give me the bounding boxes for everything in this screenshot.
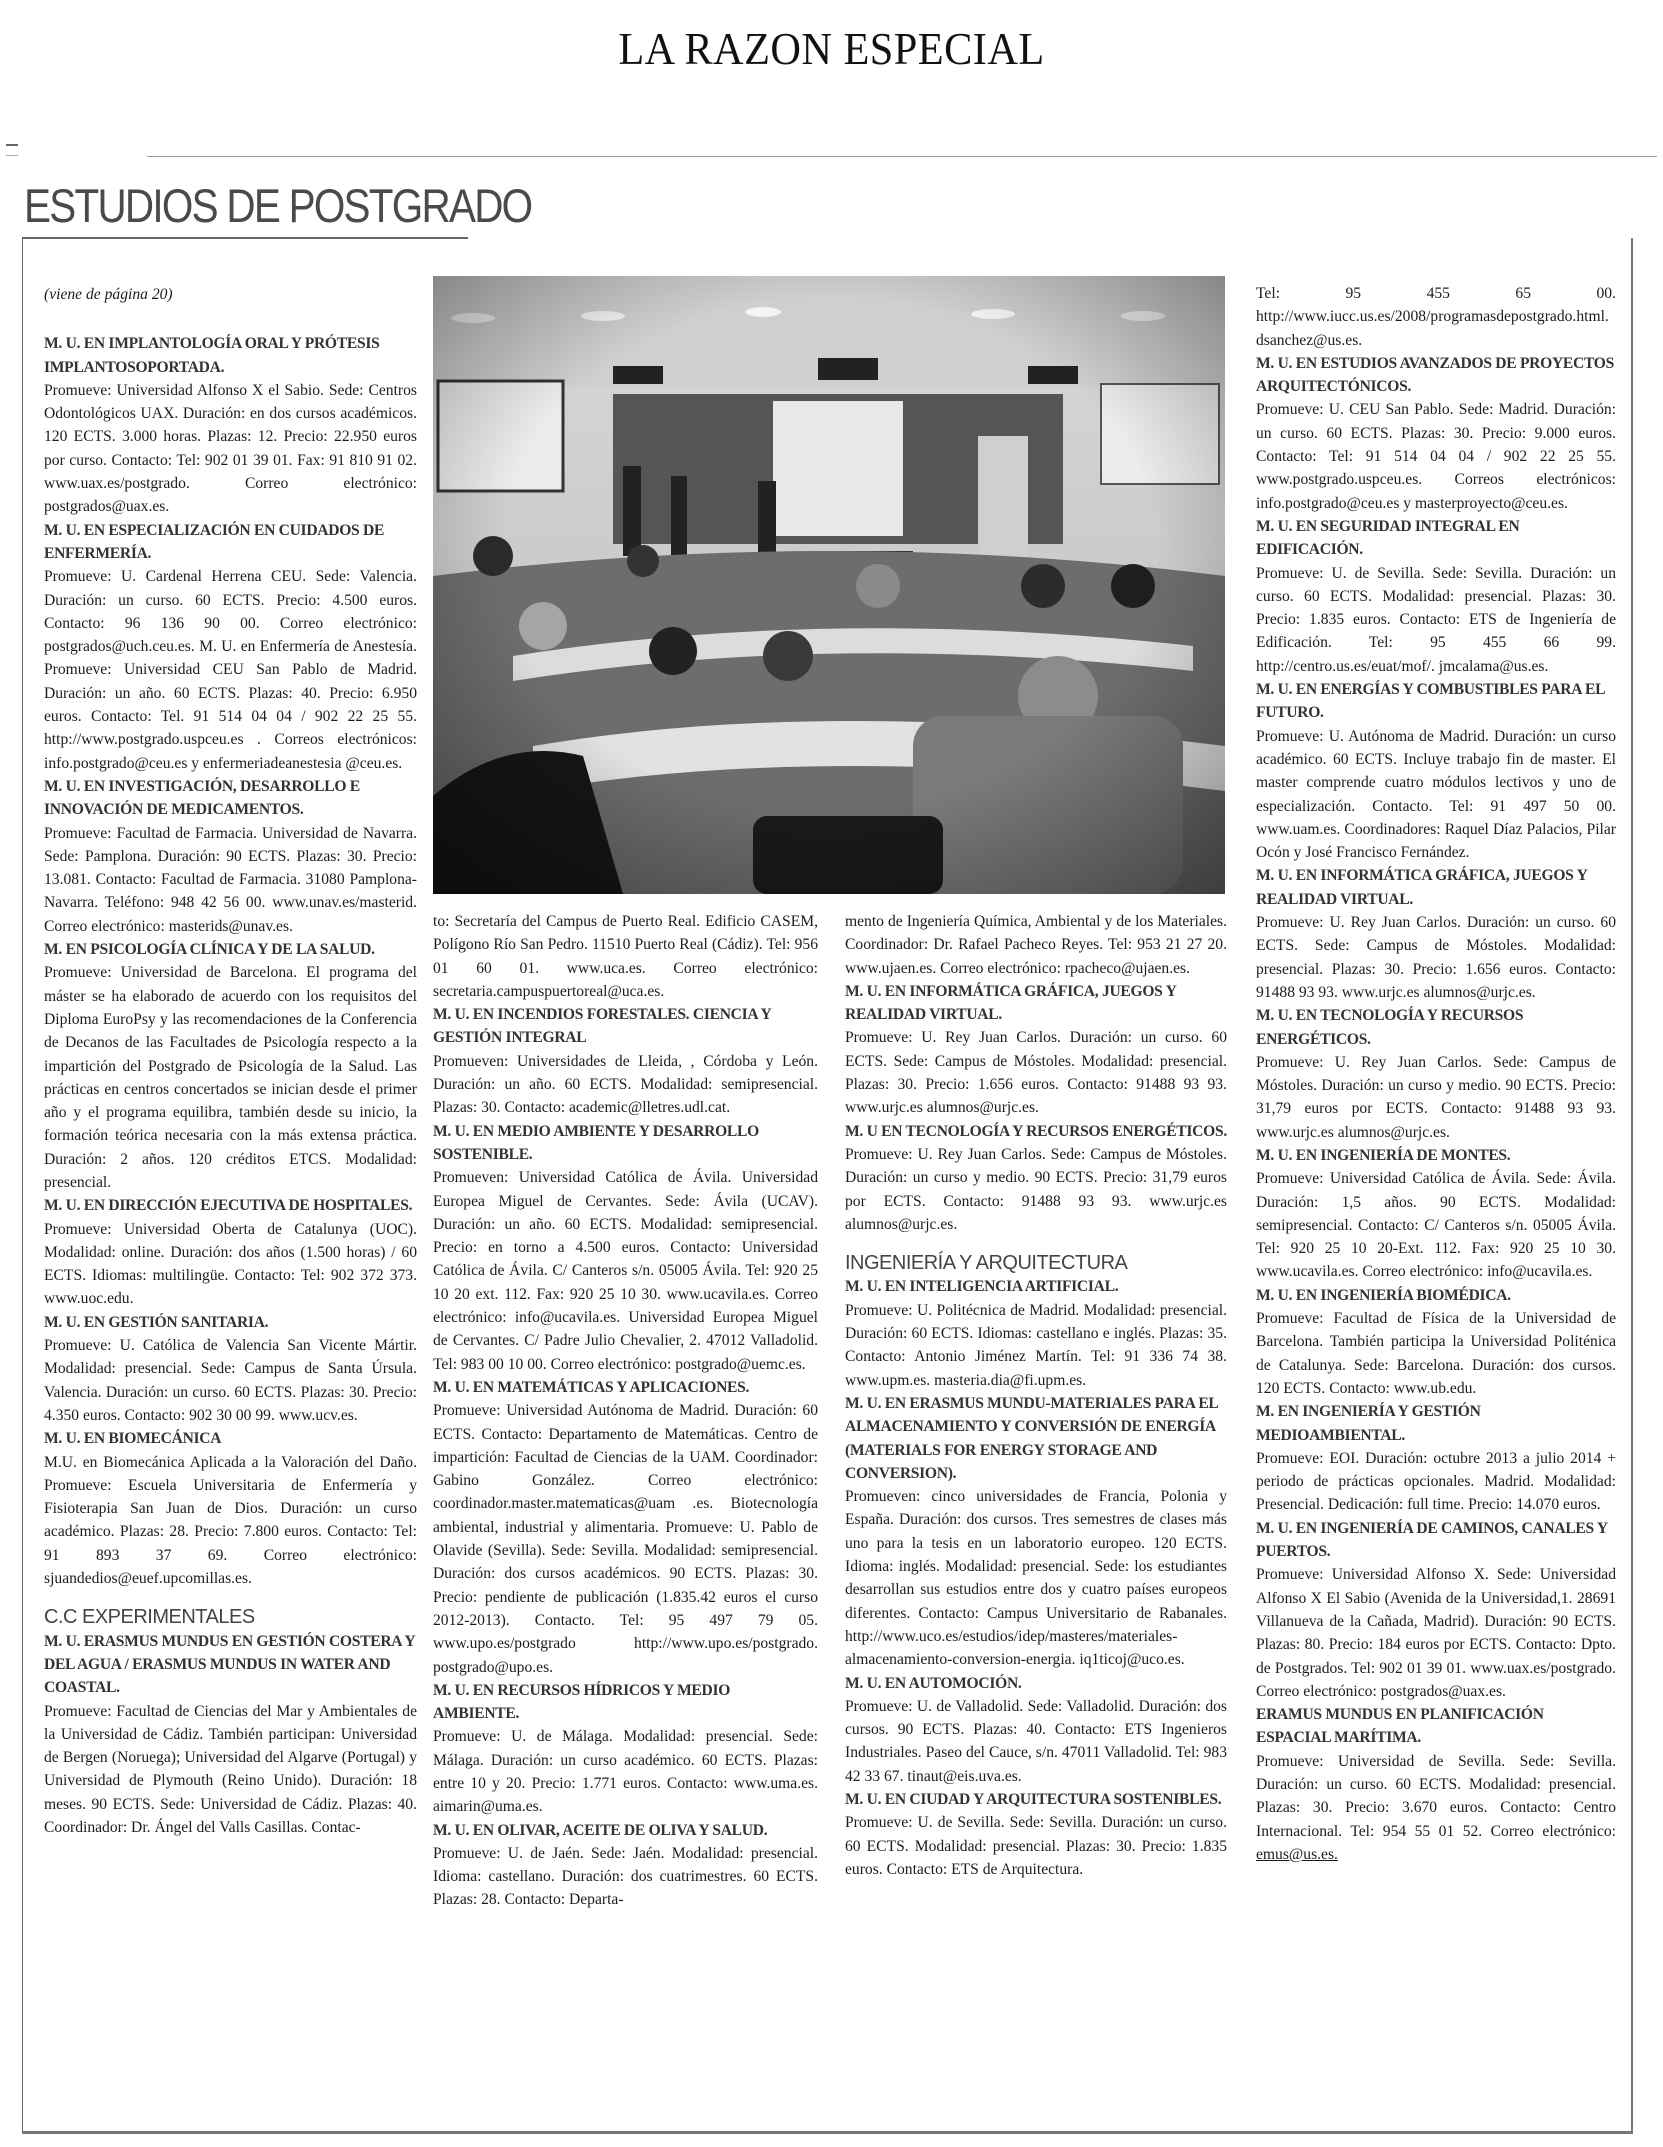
program-details: Promueve: U. Rey Juan Carlos. Sede: Camp… [845,1143,1227,1236]
program-details: to: Secretaría del Campus de Puerto Real… [433,910,818,1003]
program-details: Promueve: Universidad Alfonso X. Sede: U… [1256,1563,1616,1703]
program-details: Promueve: U. Rey Juan Carlos. Duración: … [845,1026,1227,1119]
program-heading: M. U. EN INTELIGENCIA ARTIFICIAL. [845,1275,1227,1298]
article-column-3: mento de Ingeniería Química, Ambiental y… [845,910,1227,1881]
program-heading: M. U. EN ERASMUS MUNDU-MATERIALES PARA E… [845,1392,1227,1485]
program-heading: M. U. EN ENERGÍAS Y COMBUSTIBLES PARA EL… [1256,678,1616,725]
program-heading: M. U. EN INCENDIOS FORESTALES. CIENCIA Y… [433,1003,818,1050]
program-heading: M. U. EN AUTOMOCIÓN. [845,1672,1227,1695]
program-heading: M. EN INGENIERÍA Y GESTIÓN MEDIOAMBIENTA… [1256,1400,1616,1447]
program-heading: M. U. EN TECNOLOGÍA Y RECURSOS ENERGÉTIC… [1256,1004,1616,1051]
program-heading: M. U. EN MATEMÁTICAS Y APLICACIONES. [433,1376,818,1399]
article-column-4: Tel: 95 455 65 00. http://www.iucc.us.es… [1256,282,1616,1866]
program-heading: M. U. EN SEGURIDAD INTEGRAL EN EDIFICACI… [1256,515,1616,562]
program-details: Promueve: U. Autónoma de Madrid. Duració… [1256,725,1616,865]
program-heading: M. U. EN INGENIERÍA BIOMÉDICA. [1256,1284,1616,1307]
program-details: Promueve: U. Politécnica de Madrid. Moda… [845,1299,1227,1392]
program-details: Promueve: Facultad de Ciencias del Mar y… [44,1700,417,1840]
section-title: ESTUDIOS DE POSTGRADO [24,178,531,233]
header-rule [147,156,1657,157]
program-heading: M. U. ERASMUS MUNDUS EN GESTIÓN COSTERA … [44,1630,417,1700]
program-details: Promueven: Universidad Católica de Ávila… [433,1166,818,1376]
program-details: mento de Ingeniería Química, Ambiental y… [845,910,1227,980]
program-heading: M. U. EN ESTUDIOS AVANZADOS DE PROYECTOS… [1256,352,1616,399]
program-details: Promueve: Universidad Oberta de Cataluny… [44,1218,417,1311]
program-details: Promueve: Universidad Autónoma de Madrid… [433,1399,818,1679]
program-details: Promueve: Facultad de Física de la Unive… [1256,1307,1616,1400]
program-details: Promueve: Universidad Alfonso X el Sabio… [44,379,417,519]
program-details: Tel: 95 455 65 00. http://www.iucc.us.es… [1256,282,1616,352]
program-details: Promueve: Facultad de Farmacia. Universi… [44,822,417,938]
program-details: Promueven: cinco universidades de Franci… [845,1485,1227,1671]
program-heading: M. U. EN INFORMÁTICA GRÁFICA, JUEGOS Y R… [845,980,1227,1027]
program-heading: M. U. EN DIRECCIÓN EJECUTIVA DE HOSPITAL… [44,1194,417,1217]
program-heading: M. U. EN RECURSOS HÍDRICOS Y MEDIO AMBIE… [433,1679,818,1726]
program-details: Promueve: U. de Málaga. Modalidad: prese… [433,1725,818,1818]
program-details: M.U. en Biomecánica Aplicada a la Valora… [44,1451,417,1591]
program-details: Promueve: U. Rey Juan Carlos. Duración: … [1256,911,1616,1004]
header-rule-tick-underline [6,155,18,156]
category-heading: C.C EXPERIMENTALES [44,1606,417,1629]
continued-from-note: (viene de página 20) [44,283,417,306]
program-details: Promueve: Universidad Católica de Ávila.… [1256,1167,1616,1283]
program-heading: M. U. EN IMPLANTOLOGÍA ORAL Y PRÓTESIS I… [44,332,417,379]
program-details: Promueve: Universidad de Sevilla. Sede: … [1256,1750,1616,1866]
program-heading: M. U. EN MEDIO AMBIENTE Y DESARROLLO SOS… [433,1120,818,1167]
program-heading: M. U. EN ESPECIALIZACIÓN EN CUIDADOS DE … [44,519,417,566]
classroom-photo [433,276,1225,894]
article-column-2: to: Secretaría del Campus de Puerto Real… [433,910,818,1912]
category-heading: INGENIERÍA Y ARQUITECTURA [845,1252,1227,1275]
email-link[interactable]: emus@us.es. [1256,1846,1338,1863]
program-details-text: Promueve: Universidad de Sevilla. Sede: … [1256,1753,1616,1840]
program-details: Promueve: U. Rey Juan Carlos. Sede: Camp… [1256,1051,1616,1144]
program-details: Promueve: U. Cardenal Herrena CEU. Sede:… [44,565,417,775]
program-details: Promueve: U. de Sevilla. Sede: Sevilla. … [845,1811,1227,1881]
program-details: Promueve: U. Católica de Valencia San Vi… [44,1334,417,1427]
article-column-1: (viene de página 20) M. U. EN IMPLANTOLO… [44,283,417,1839]
program-heading: M. U. EN OLIVAR, ACEITE DE OLIVA Y SALUD… [433,1819,818,1842]
program-heading: M. U. EN INGENIERÍA DE MONTES. [1256,1144,1616,1167]
masthead: LA RAZON ESPECIAL [67,22,1597,75]
program-details: Promueve: Universidad de Barcelona. El p… [44,961,417,1194]
program-details: Promueve: U. CEU San Pablo. Sede: Madrid… [1256,398,1616,514]
program-heading: M. U. EN INGENIERÍA DE CAMINOS, CANALES … [1256,1517,1616,1564]
program-heading: M. U. EN INFORMÁTICA GRÁFICA, JUEGOS Y R… [1256,864,1616,911]
program-heading: M. U EN TECNOLOGÍA Y RECURSOS ENERGÉTICO… [845,1120,1227,1143]
program-details: Promueve: U. de Sevilla. Sede: Sevilla. … [1256,562,1616,678]
program-heading: M. U. EN CIUDAD Y ARQUITECTURA SOSTENIBL… [845,1788,1227,1811]
program-heading: M. U. EN INVESTIGACIÓN, DESARROLLO E INN… [44,775,417,822]
program-heading: ERAMUS MUNDUS EN PLANIFICACIÓN ESPACIAL … [1256,1703,1616,1750]
program-details: Promueve: U. de Valladolid. Sede: Vallad… [845,1695,1227,1788]
header-rule-tick [6,144,18,146]
program-heading: M. EN PSICOLOGÍA CLÍNICA Y DE LA SALUD. [44,938,417,961]
program-heading: M. U. EN GESTIÓN SANITARIA. [44,1311,417,1334]
program-details: Promueve: U. de Jaén. Sede: Jaén. Modali… [433,1842,818,1912]
program-details: Promueve: EOI. Duración: octubre 2013 a … [1256,1447,1616,1517]
program-details: Promueven: Universidades de Lleida, , Có… [433,1050,818,1120]
program-heading: M. U. EN BIOMECÁNICA [44,1427,417,1450]
